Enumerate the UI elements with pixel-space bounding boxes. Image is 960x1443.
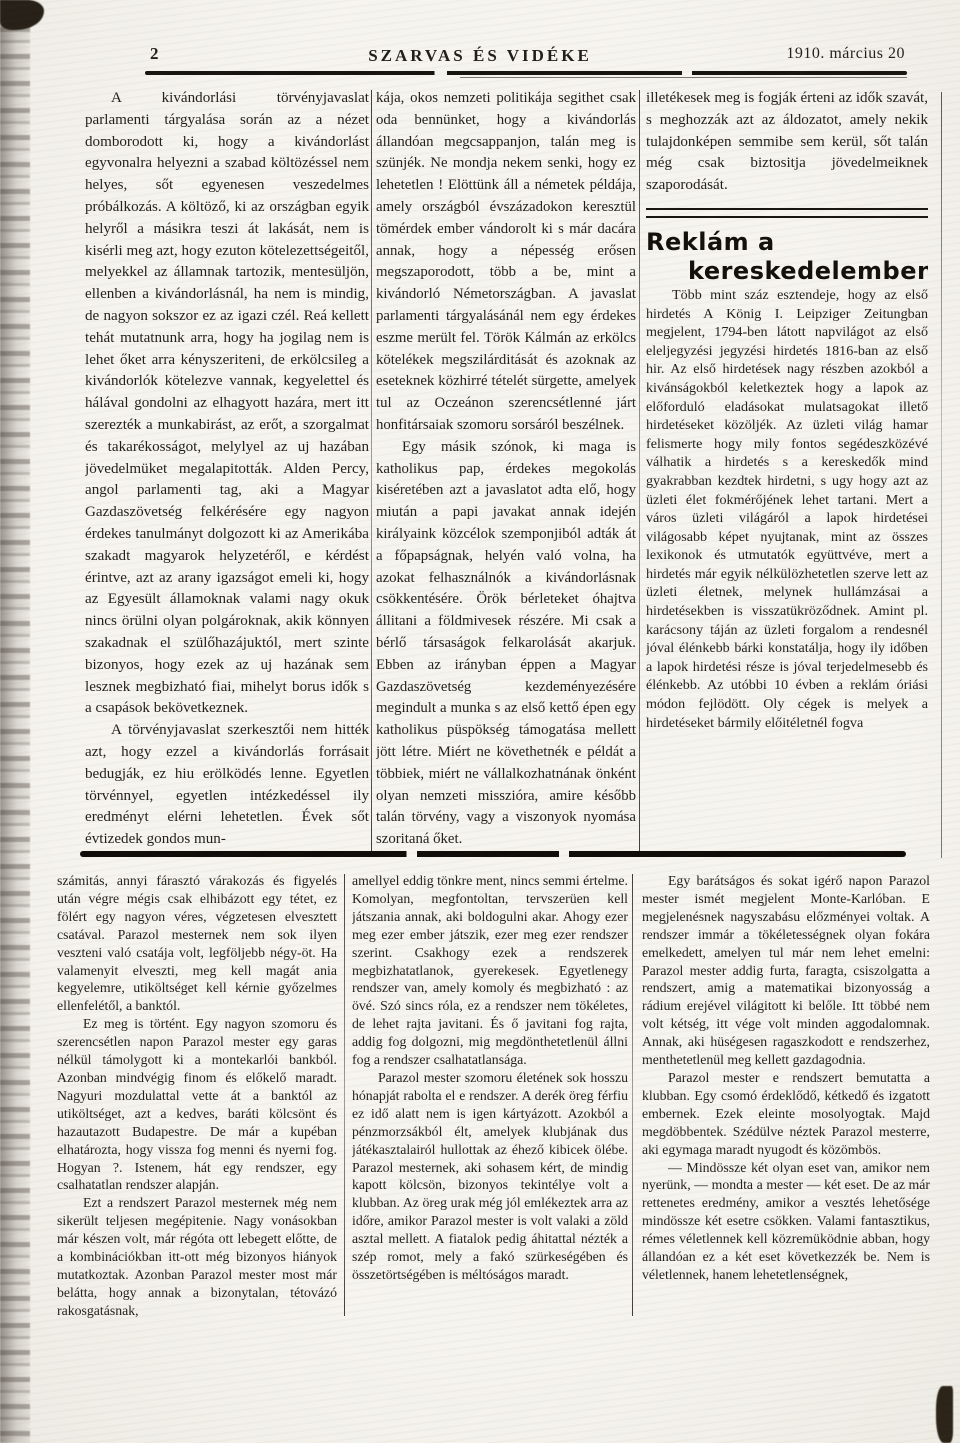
bottom-middle-column: amellyel eddig tönkre ment, nincs semmi … [352, 872, 628, 1324]
newspaper-page: { "page": { "number": "2", "title": "SZA… [0, 0, 960, 1443]
bottom-right-column: Egy barátságos és sokat igérő napon Para… [642, 872, 930, 1324]
article-paragraph: Ezt a rendszert Parazol mesternek még ne… [57, 1194, 337, 1319]
article-paragraph: kája, okos nemzeti politikája segithet c… [376, 88, 636, 437]
scan-artifact-top-left-corner [0, 0, 44, 30]
page-number: 2 [150, 44, 160, 64]
article-paragraph: Parazol mester e rendszert bemutatta a k… [642, 1069, 930, 1159]
bottom-left-column: számitás, annyi fárasztó várakozás és fi… [57, 872, 337, 1324]
header-rule [145, 71, 907, 75]
column-divider [639, 90, 640, 853]
top-left-column: A kivándorlási törvényjavaslat parlament… [85, 88, 369, 853]
right-margin-rule [941, 92, 942, 858]
newspaper-title: SZARVAS ÉS VIDÉKE [280, 46, 680, 66]
scan-artifact-bottom-right [936, 1386, 953, 1443]
article-paragraph: számitás, annyi fárasztó várakozás és fi… [57, 872, 337, 1015]
top-right-column: illetékesek meg is fogják érteni az idők… [646, 88, 928, 853]
article-paragraph: illetékesek meg is fogják érteni az idők… [646, 88, 928, 197]
article-paragraph: A kivándorlási törvényjavaslat parlament… [85, 88, 369, 720]
ad-heading-line2: kereskedelemben. [688, 257, 928, 286]
article-paragraph: A törvényjavaslat szerkesztői nem hitték… [85, 720, 369, 851]
column-divider [632, 874, 633, 1316]
ad-body-paragraph: Több mint száz esztendeje, hogy az első … [646, 286, 928, 732]
column-divider [344, 874, 345, 1316]
article-paragraph: Parazol mester szomoru életének sok hoss… [352, 1069, 628, 1284]
issue-date: 1910. március 20 [786, 45, 905, 63]
article-paragraph: amellyel eddig tönkre ment, nincs semmi … [352, 872, 628, 1069]
column-divider [371, 90, 372, 853]
scan-artifact-left-edge [0, 0, 30, 1443]
article-paragraph: Egy másik szónok, ki maga is katholikus … [376, 437, 636, 851]
section-divider [80, 851, 906, 857]
ad-divider-rule [646, 208, 928, 218]
ad-section: Reklám a kereskedelemben. Több mint száz… [646, 208, 928, 732]
ad-heading-line1: Reklám a [646, 228, 928, 257]
top-middle-column: kája, okos nemzeti politikája segithet c… [376, 88, 636, 853]
article-paragraph: Ez meg is történt. Egy nagyon szomoru és… [57, 1015, 337, 1194]
ad-heading: Reklám a kereskedelemben. [646, 228, 928, 286]
article-paragraph: Egy barátságos és sokat igérő napon Para… [642, 872, 930, 1069]
article-paragraph: — Mindössze két olyan eset van, amikor n… [642, 1159, 930, 1284]
header-rule-secondary [460, 77, 907, 78]
